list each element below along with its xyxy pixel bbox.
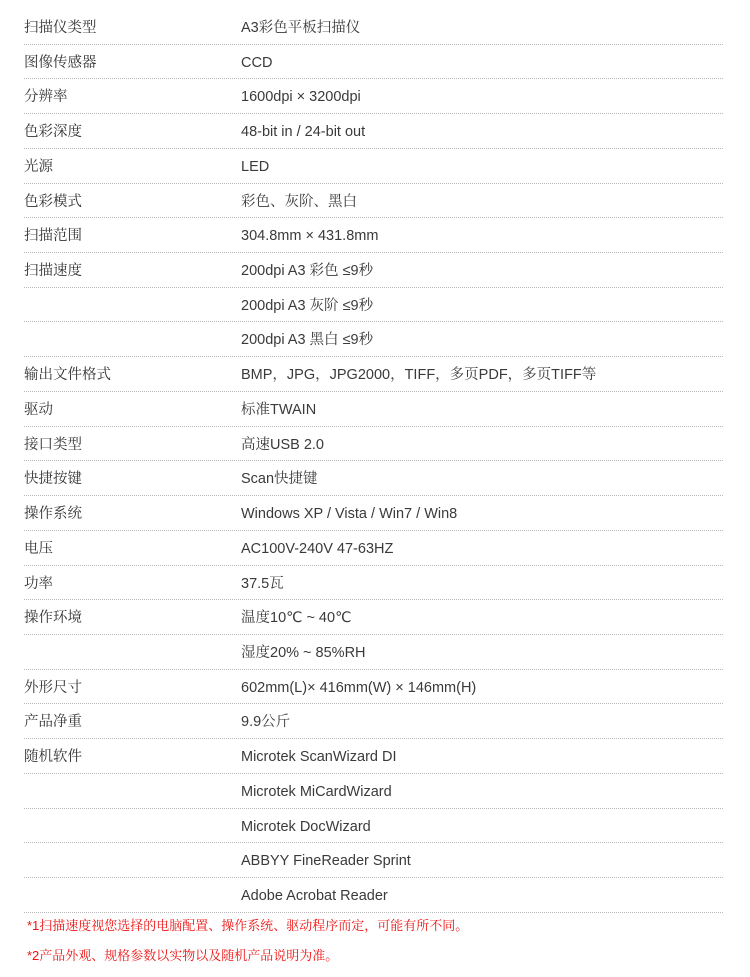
spec-row-environment-humidity: 湿度20% ~ 85%RH (24, 635, 723, 670)
spec-row-driver: 驱动 标准TWAIN (24, 392, 723, 427)
spec-label: 驱动 (24, 401, 53, 419)
spec-row-shortcut-keys: 快捷按键 Scan快捷键 (24, 461, 723, 496)
spec-row-interface: 接口类型 高速USB 2.0 (24, 427, 723, 462)
spec-row-bundled-software-3: Microtek DocWizard (24, 809, 723, 844)
spec-table: 扫描仪类型 A3彩色平板扫描仪 图像传感器 CCD 分辨率 1600dpi × … (24, 10, 723, 913)
spec-label: 扫描速度 (24, 262, 82, 280)
spec-value: Microtek MiCardWizard (241, 783, 392, 801)
spec-value: Microtek DocWizard (241, 818, 371, 836)
spec-row-os: 操作系统 Windows XP / Vista / Win7 / Win8 (24, 496, 723, 531)
spec-value: Microtek ScanWizard DI (241, 748, 397, 766)
spec-value: 彩色、灰阶、黑白 (241, 193, 357, 211)
spec-label: 输出文件格式 (24, 366, 111, 384)
spec-row-color-depth: 色彩深度 48-bit in / 24-bit out (24, 114, 723, 149)
spec-label: 外形尺寸 (24, 679, 82, 697)
spec-label: 色彩模式 (24, 193, 82, 211)
spec-value: 标准TWAIN (241, 401, 316, 419)
footnote-appearance: *2产品外观、规格参数以实物以及随机产品说明为准。 (27, 947, 727, 965)
spec-row-scanner-type: 扫描仪类型 A3彩色平板扫描仪 (24, 10, 723, 45)
spec-row-environment-temp: 操作环境 温度10℃ ~ 40℃ (24, 600, 723, 635)
spec-label: 电压 (24, 540, 53, 558)
spec-value: BMP，JPG，JPG2000，TIFF，多页PDF，多页TIFF等 (241, 366, 596, 384)
spec-value: 9.9公斤 (241, 713, 290, 731)
spec-label: 扫描范围 (24, 227, 82, 245)
spec-label: 图像传感器 (24, 54, 97, 72)
spec-label: 功率 (24, 575, 53, 593)
spec-value: 304.8mm × 431.8mm (241, 227, 378, 245)
spec-label: 快捷按键 (24, 470, 82, 488)
spec-value: Adobe Acrobat Reader (241, 887, 388, 905)
spec-row-dimensions: 外形尺寸 602mm(L)× 416mm(W) × 146mm(H) (24, 670, 723, 705)
footnotes: *1扫描速度视您选择的电脑配置、操作系统、驱动程序而定，可能有所不同。 *2产品… (27, 917, 727, 977)
spec-row-scan-speed-bw: 200dpi A3 黑白 ≤9秒 (24, 322, 723, 357)
spec-row-bundled-software: 随机软件 Microtek ScanWizard DI (24, 739, 723, 774)
spec-value: Windows XP / Vista / Win7 / Win8 (241, 505, 457, 523)
spec-row-scan-speed: 扫描速度 200dpi A3 彩色 ≤9秒 (24, 253, 723, 288)
spec-row-bundled-software-2: Microtek MiCardWizard (24, 774, 723, 809)
spec-row-resolution: 分辨率 1600dpi × 3200dpi (24, 79, 723, 114)
spec-row-power: 功率 37.5瓦 (24, 566, 723, 601)
spec-value: 37.5瓦 (241, 575, 284, 593)
spec-value: 高速USB 2.0 (241, 436, 324, 454)
spec-row-color-mode: 色彩模式 彩色、灰阶、黑白 (24, 184, 723, 219)
spec-value: 200dpi A3 灰阶 ≤9秒 (241, 297, 373, 315)
spec-row-bundled-software-5: Adobe Acrobat Reader (24, 878, 723, 913)
spec-value: AC100V-240V 47-63HZ (241, 540, 393, 558)
spec-value: LED (241, 158, 269, 176)
spec-label: 扫描仪类型 (24, 19, 97, 37)
spec-value: Scan快捷键 (241, 470, 318, 488)
spec-label: 接口类型 (24, 436, 82, 454)
spec-value: 200dpi A3 黑白 ≤9秒 (241, 331, 373, 349)
spec-label: 光源 (24, 158, 53, 176)
spec-label: 随机软件 (24, 748, 82, 766)
spec-row-bundled-software-4: ABBYY FineReader Sprint (24, 843, 723, 878)
spec-value: 602mm(L)× 416mm(W) × 146mm(H) (241, 679, 476, 697)
spec-row-scan-area: 扫描范围 304.8mm × 431.8mm (24, 218, 723, 253)
spec-row-net-weight: 产品净重 9.9公斤 (24, 704, 723, 739)
footnote-scan-speed: *1扫描速度视您选择的电脑配置、操作系统、驱动程序而定，可能有所不同。 (27, 917, 727, 935)
spec-row-output-format: 输出文件格式 BMP，JPG，JPG2000，TIFF，多页PDF，多页TIFF… (24, 357, 723, 392)
spec-row-voltage: 电压 AC100V-240V 47-63HZ (24, 531, 723, 566)
spec-label: 操作环境 (24, 609, 82, 627)
spec-value: 48-bit in / 24-bit out (241, 123, 365, 141)
spec-value: ABBYY FineReader Sprint (241, 852, 411, 870)
spec-label: 色彩深度 (24, 123, 82, 141)
spec-value: 温度10℃ ~ 40℃ (241, 609, 351, 627)
spec-value: 1600dpi × 3200dpi (241, 88, 361, 106)
spec-value: CCD (241, 54, 272, 72)
spec-value: 200dpi A3 彩色 ≤9秒 (241, 262, 373, 280)
spec-label: 产品净重 (24, 713, 82, 731)
spec-row-scan-speed-gray: 200dpi A3 灰阶 ≤9秒 (24, 288, 723, 323)
spec-value: 湿度20% ~ 85%RH (241, 644, 366, 662)
spec-row-light-source: 光源 LED (24, 149, 723, 184)
spec-label: 操作系统 (24, 505, 82, 523)
spec-row-image-sensor: 图像传感器 CCD (24, 45, 723, 80)
spec-label: 分辨率 (24, 88, 68, 106)
spec-value: A3彩色平板扫描仪 (241, 19, 360, 37)
